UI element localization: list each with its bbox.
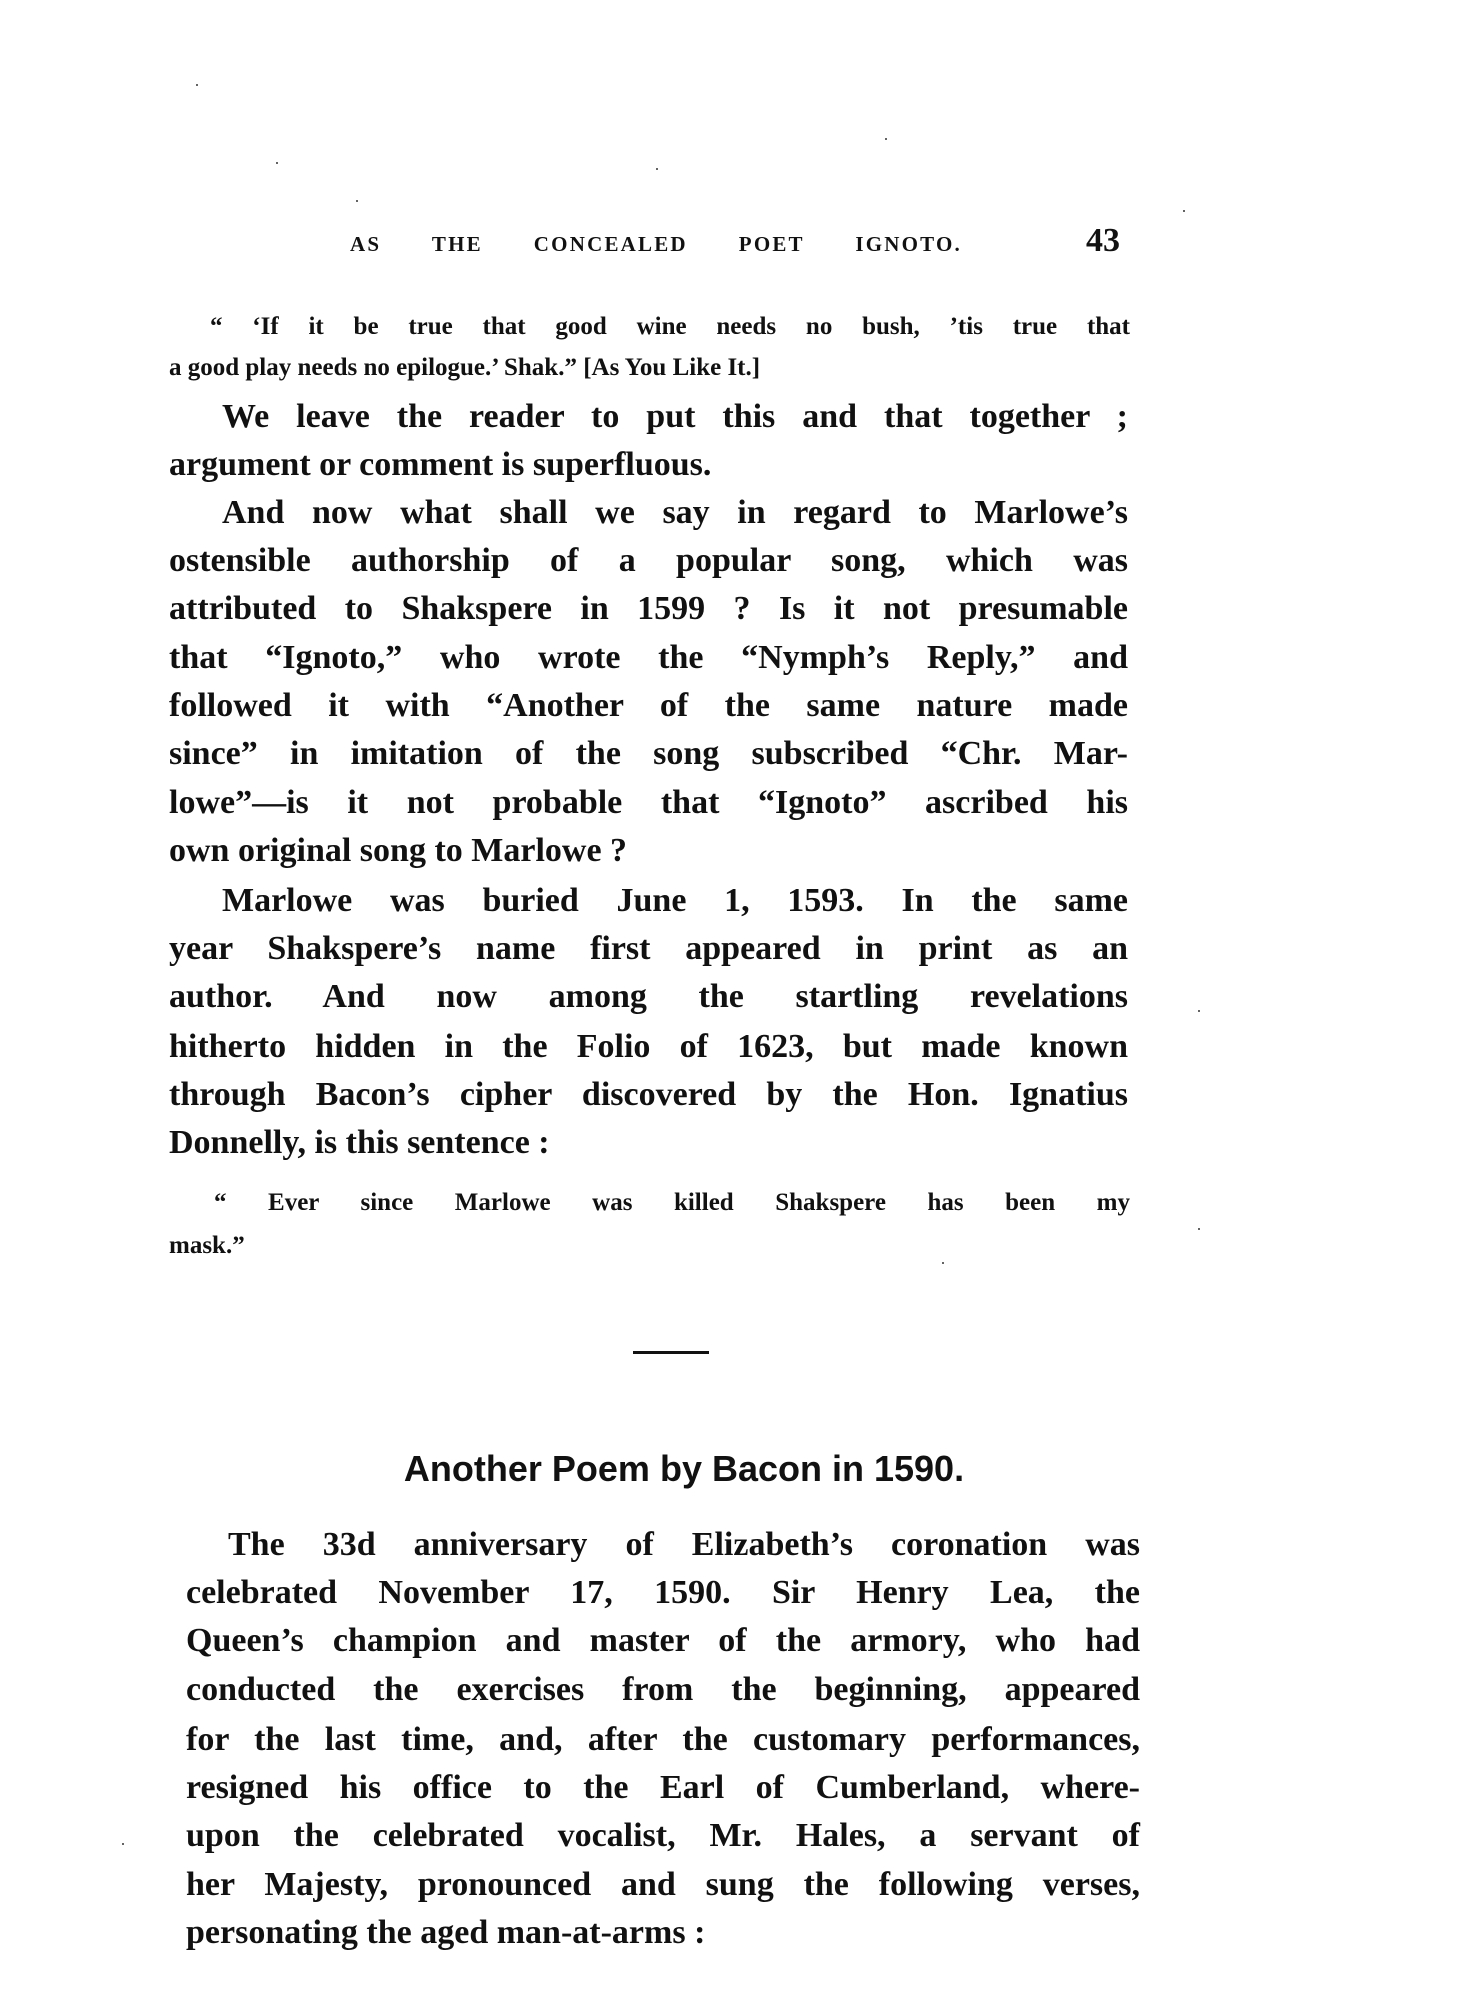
- scan-speck: [276, 162, 278, 164]
- page-number: 43: [1086, 222, 1120, 260]
- paragraph-line: And now what shall we say in regard to M…: [222, 494, 1128, 532]
- paragraph-line: Marlowe was buried June 1, 1593. In the …: [222, 882, 1128, 920]
- paragraph-line: year Shakspere’s name first appeared in …: [169, 930, 1128, 968]
- section-paragraph-line: conducted the exercises from the beginni…: [186, 1671, 1140, 1709]
- scan-speck: [942, 1262, 944, 1264]
- running-header: AS THE CONCEALED POET IGNOTO.: [350, 232, 962, 257]
- quote-line: a good play needs no epilogue.’ Shak.” […: [169, 354, 1089, 382]
- section-paragraph-line: Queen’s champion and master of the armor…: [186, 1622, 1140, 1660]
- paragraph-line: lowe”—is it not probable that “Ignoto” a…: [169, 784, 1128, 822]
- paragraph-line: attributed to Shakspere in 1599 ? Is it …: [169, 590, 1128, 628]
- cipher-quote-line: mask.”: [169, 1232, 1085, 1260]
- paragraph-line: argument or comment is superfluous.: [169, 446, 1128, 484]
- scan-speck: [1198, 1228, 1200, 1230]
- section-paragraph-line: The 33d anniversary of Elizabeth’s coron…: [228, 1526, 1140, 1564]
- cipher-quote-line: “ Ever since Marlowe was killed Shaksper…: [214, 1189, 1130, 1217]
- paragraph-line: since” in imitation of the song subscrib…: [169, 735, 1128, 773]
- scan-speck: [656, 168, 658, 170]
- paragraph-line: ostensible authorship of a popular song,…: [169, 542, 1128, 580]
- section-heading: Another Poem by Bacon in 1590.: [331, 1448, 1037, 1490]
- scan-speck: [1198, 1010, 1200, 1012]
- section-paragraph-line: upon the celebrated vocalist, Mr. Hales,…: [186, 1817, 1140, 1855]
- section-paragraph-line: personating the aged man-at-arms :: [186, 1914, 1140, 1952]
- paragraph-line: Donnelly, is this sentence :: [169, 1124, 1128, 1162]
- paragraph-line: author. And now among the startling reve…: [169, 978, 1128, 1016]
- section-paragraph-line: for the last time, and, after the custom…: [186, 1721, 1140, 1759]
- paragraph-line: hitherto hidden in the Folio of 1623, bu…: [169, 1028, 1128, 1066]
- paragraph-line: that “Ignoto,” who wrote the “Nymph’s Re…: [169, 639, 1128, 677]
- section-divider: [633, 1351, 709, 1354]
- section-paragraph-line: celebrated November 17, 1590. Sir Henry …: [186, 1574, 1140, 1612]
- section-paragraph-line: resigned his office to the Earl of Cumbe…: [186, 1769, 1140, 1807]
- paragraph-line: own original song to Marlowe ?: [169, 832, 1128, 870]
- scan-speck: [122, 1843, 124, 1845]
- scan-speck: [885, 138, 887, 140]
- scan-speck: [1183, 210, 1185, 212]
- paragraph-line: We leave the reader to put this and that…: [222, 398, 1128, 436]
- scan-speck: [356, 200, 358, 202]
- quote-line: “ ‘If it be true that good wine needs no…: [210, 313, 1130, 341]
- scan-speck: [196, 84, 198, 86]
- paragraph-line: followed it with “Another of the same na…: [169, 687, 1128, 725]
- paragraph-line: through Bacon’s cipher discovered by the…: [169, 1076, 1128, 1114]
- section-paragraph-line: her Majesty, pronounced and sung the fol…: [186, 1866, 1140, 1904]
